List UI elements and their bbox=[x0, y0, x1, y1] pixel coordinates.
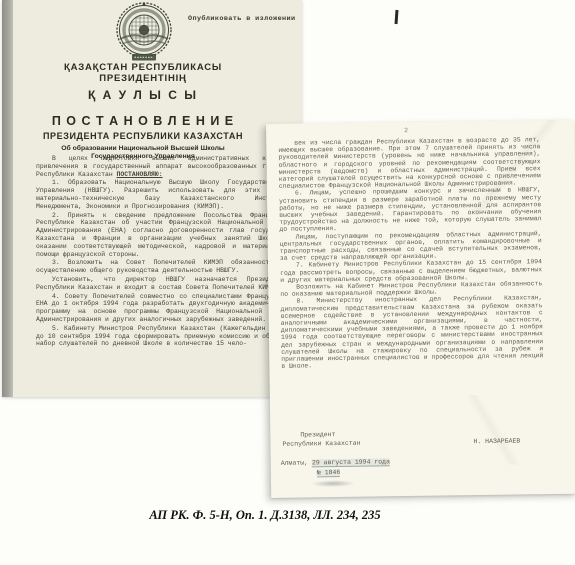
archive-reference-caption: АП РК. Ф. 5-Н, Оп. 1. Д.3138, ЛЛ. 234, 2… bbox=[135, 508, 395, 523]
intro-resolve-word: ПОСТАНОВЛЯЮ: bbox=[117, 171, 163, 178]
title-russian-line1: П О С Т А Н О В Л Е Н И Е bbox=[20, 114, 266, 128]
place-and-date: Алматы, 29 августа 1994 года bbox=[281, 458, 390, 467]
signature-title-line1: Президент bbox=[300, 431, 335, 438]
page1-paragraphs: 1. Образовать Национальную Высшую Школу … bbox=[36, 179, 289, 348]
page2-body-text: век из числа граждан Республики Казахста… bbox=[278, 136, 543, 370]
paragraph: 6. Лицам, успешно прошедшим конкурс и за… bbox=[279, 187, 542, 234]
page-number: 2 bbox=[404, 127, 408, 134]
paragraph: 1. Образовать Национальную Высшую Школу … bbox=[36, 179, 289, 210]
paragraph: Лицам, поступающим по рекомендациям обла… bbox=[280, 230, 542, 262]
paragraph: 8. Министерству иностранных дел Республи… bbox=[280, 295, 543, 371]
paragraph: 4. Совету Попечителей совместно со специ… bbox=[36, 293, 289, 324]
signature-title-line2: Республики Казахстан bbox=[282, 440, 360, 448]
decree-title-block: ҚАЗАҚСТАН РЕСПУБЛИКАСЫ ПРЕЗИДЕНТІНІҢ Қ А… bbox=[20, 62, 266, 161]
subject-line1: Об образовании Национальной Высшей Школы bbox=[61, 145, 224, 152]
decree-date: 29 августа 1994 года bbox=[312, 458, 390, 467]
archival-scan: Опубликовать в изложении ҚАЗАҚСТАН РЕСПУ… bbox=[0, 0, 575, 565]
title-russian-line2: ПРЕЗИДЕНТА РЕСПУБЛИКИ КАЗАХСТАН bbox=[20, 131, 266, 141]
paragraph: век из числа граждан Республики Казахста… bbox=[278, 136, 541, 190]
page1-body-text: В целях подготовки высших административн… bbox=[36, 155, 289, 349]
decree-number: № 1846 bbox=[317, 469, 341, 477]
signature-name: Н. НАЗАРБАЕВ bbox=[473, 437, 520, 445]
decree-page-2: 2 век из числа граждан Республики Казахс… bbox=[266, 120, 575, 498]
title-kazakh-line2: Қ А У Л Ы С Ы bbox=[20, 88, 266, 102]
intro-paragraph: В целях подготовки высших административн… bbox=[36, 155, 289, 178]
ink-smudge bbox=[311, 480, 355, 488]
ink-mark bbox=[395, 10, 399, 24]
paragraph: 3. Возложить на Совет Попечителей КИМЭП … bbox=[36, 259, 289, 275]
place-prefix: Алматы, bbox=[281, 459, 308, 466]
kazakhstan-coat-of-arms-icon bbox=[110, 2, 178, 62]
published-annotation: Опубликовать в изложении bbox=[188, 15, 296, 23]
decree-page-1: Опубликовать в изложении ҚАЗАҚСТАН РЕСПУ… bbox=[2, 0, 302, 397]
paragraph: 5. Кабинету Министров Республики Казахст… bbox=[36, 325, 289, 348]
title-kazakh-line1: ҚАЗАҚСТАН РЕСПУБЛИКАСЫ ПРЕЗИДЕНТІНІҢ bbox=[20, 62, 266, 84]
paragraph: 2. Принять к сведению предложение Посоль… bbox=[36, 212, 289, 259]
scan-edge-strip bbox=[2, 0, 13, 397]
paragraph: Установить, что директор НВШГУ назначает… bbox=[36, 276, 289, 292]
